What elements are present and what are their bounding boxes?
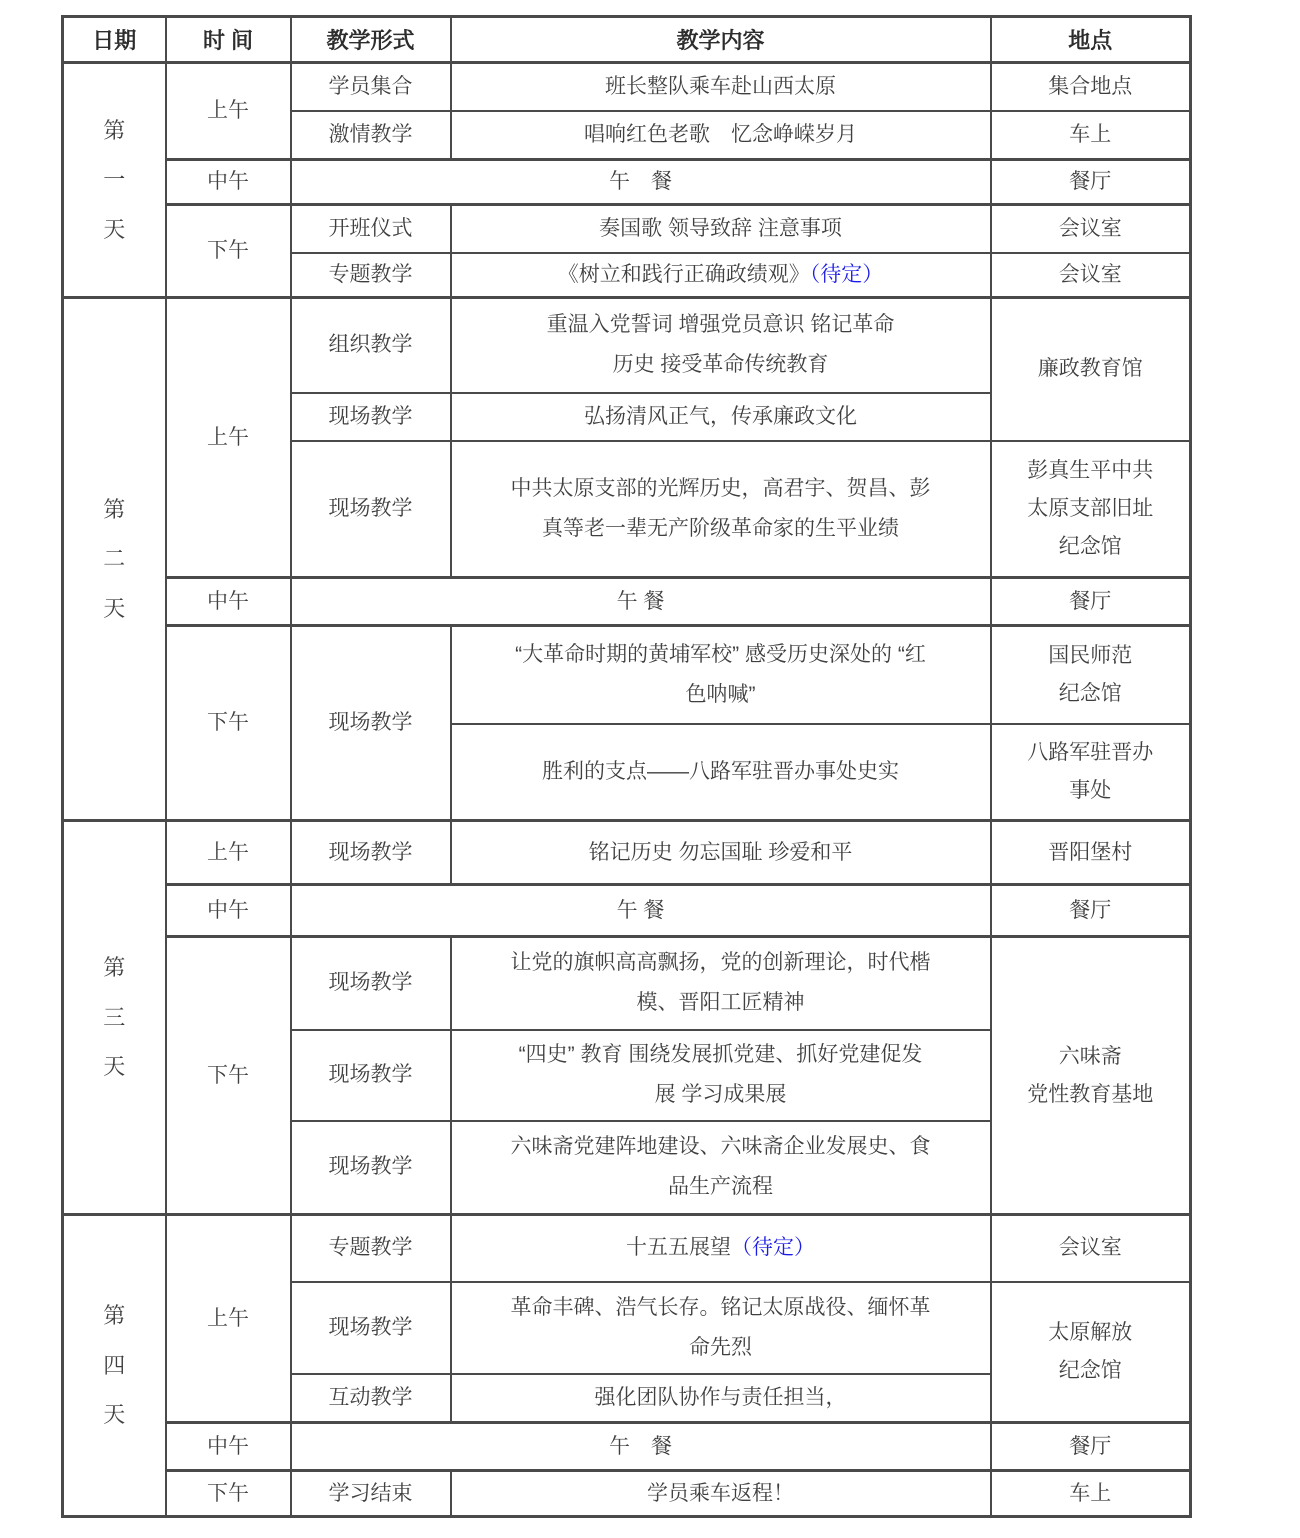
time-cell-pm: 下午 (166, 937, 291, 1215)
content-cell: “大革命时期的黄埔军校” 感受历史深处的 “红 色呐喊” (451, 626, 991, 724)
content-text: 《树立和践行正确政绩观》 (558, 263, 810, 286)
content-cell: 十五五展望（待定） (451, 1215, 991, 1282)
col-header-content: 教学内容 (451, 17, 991, 63)
col-header-location: 地点 (991, 17, 1191, 63)
location-cell: 国民师范 纪念馆 (991, 626, 1191, 724)
form-cell: 现场教学 (291, 393, 451, 441)
lunch-row: 中午 午 餐 餐厅 (63, 1423, 1191, 1471)
content-cell: 弘扬清风正气，传承廉政文化 (451, 393, 991, 441)
time-cell-am: 上午 (166, 821, 291, 885)
time-cell-pm: 下午 (166, 626, 291, 821)
lunch-cell: 午 餐 (291, 1423, 991, 1471)
time-cell-noon: 中午 (166, 578, 291, 626)
day-label-cell-day1: 第 一 天 (63, 63, 166, 298)
location-cell: 彭真生平中共 太原支部旧址 纪念馆 (991, 441, 1191, 578)
time-cell-pm: 下午 (166, 205, 291, 298)
form-cell: 现场教学 (291, 1282, 451, 1374)
location-cell: 餐厅 (991, 885, 1191, 937)
content-cell: 中共太原支部的光辉历史，高君宇、贺昌、彭 真等老一辈无产阶级革命家的生平业绩 (451, 441, 991, 578)
lunch-row: 中午 午 餐 餐厅 (63, 885, 1191, 937)
content-cell: “四史” 教育 围绕发展抓党建、抓好党建促发 展 学习成果展 (451, 1030, 991, 1121)
time-cell-am: 上午 (166, 1215, 291, 1423)
table-row: 第 四 天 上午 专题教学 十五五展望（待定） 会议室 (63, 1215, 1191, 1282)
table-row: 下午 现场教学 “大革命时期的黄埔军校” 感受历史深处的 “红 色呐喊” 国民师… (63, 626, 1191, 724)
time-cell-am: 上午 (166, 63, 291, 160)
content-cell: 《树立和践行正确政绩观》（待定） (451, 253, 991, 298)
location-cell: 八路军驻晋办 事处 (991, 724, 1191, 821)
content-cell: 六味斋党建阵地建设、六味斋企业发展史、食 品生产流程 (451, 1121, 991, 1215)
location-cell: 餐厅 (991, 160, 1191, 205)
table-row: 下午 现场教学 让党的旗帜高高飘扬，党的创新理论，时代楷 模、晋阳工匠精神 六味… (63, 937, 1191, 1030)
time-cell-noon: 中午 (166, 1423, 291, 1471)
location-cell: 六味斋 党性教育基地 (991, 937, 1191, 1215)
content-cell: 班长整队乘车赴山西太原 (451, 63, 991, 111)
time-cell-noon: 中午 (166, 885, 291, 937)
day-label-cell-day3: 第 三 天 (63, 821, 166, 1215)
form-cell: 专题教学 (291, 1215, 451, 1282)
form-cell: 现场教学 (291, 441, 451, 578)
content-text: 十五五展望 (626, 1236, 731, 1259)
day-label-cell-day4: 第 四 天 (63, 1215, 166, 1517)
form-cell: 现场教学 (291, 937, 451, 1030)
col-header-date: 日期 (63, 17, 166, 63)
schedule-table: 日期 时 间 教学形式 教学内容 地点 第 一 天 上午 学员集合 班长整队乘车… (61, 15, 1192, 1518)
col-header-time: 时 间 (166, 17, 291, 63)
location-cell: 会议室 (991, 205, 1191, 253)
content-cell: 胜利的支点——八路军驻晋办事处史实 (451, 724, 991, 821)
location-cell: 会议室 (991, 253, 1191, 298)
header-row: 日期 时 间 教学形式 教学内容 地点 (63, 17, 1191, 63)
location-cell: 集合地点 (991, 63, 1191, 111)
form-cell: 现场教学 (291, 1030, 451, 1121)
location-cell: 太原解放 纪念馆 (991, 1282, 1191, 1423)
table-row: 第 二 天 上午 组织教学 重温入党誓词 增强党员意识 铭记革命 历史 接受革命… (63, 298, 1191, 393)
day-label-cell-day2: 第 二 天 (63, 298, 166, 821)
time-cell-noon: 中午 (166, 160, 291, 205)
table-row: 第 三 天 上午 现场教学 铭记历史 勿忘国耻 珍爱和平 晋阳堡村 (63, 821, 1191, 885)
form-cell: 现场教学 (291, 1121, 451, 1215)
table-row: 下午 学习结束 学员乘车返程！ 车上 (63, 1471, 1191, 1517)
col-header-form: 教学形式 (291, 17, 451, 63)
lunch-row: 中午 午 餐 餐厅 (63, 160, 1191, 205)
content-cell: 强化团队协作与责任担当， (451, 1374, 991, 1423)
content-cell: 让党的旗帜高高飘扬，党的创新理论，时代楷 模、晋阳工匠精神 (451, 937, 991, 1030)
table-row: 第 一 天 上午 学员集合 班长整队乘车赴山西太原 集合地点 (63, 63, 1191, 111)
content-cell: 铭记历史 勿忘国耻 珍爱和平 (451, 821, 991, 885)
location-cell: 廉政教育馆 (991, 298, 1191, 441)
form-cell: 组织教学 (291, 298, 451, 393)
location-cell: 车上 (991, 1471, 1191, 1517)
lunch-cell: 午 餐 (291, 160, 991, 205)
time-cell-pm: 下午 (166, 1471, 291, 1517)
location-cell: 车上 (991, 111, 1191, 160)
content-cell: 奏国歌 领导致辞 注意事项 (451, 205, 991, 253)
content-cell: 学员乘车返程！ (451, 1471, 991, 1517)
location-cell: 餐厅 (991, 578, 1191, 626)
pending-note: （待定） (731, 1236, 815, 1259)
location-cell: 餐厅 (991, 1423, 1191, 1471)
pending-note: （待定） (810, 263, 884, 286)
lunch-cell: 午 餐 (291, 885, 991, 937)
location-cell: 晋阳堡村 (991, 821, 1191, 885)
lunch-cell: 午 餐 (291, 578, 991, 626)
form-cell: 激情教学 (291, 111, 451, 160)
lunch-row: 中午 午 餐 餐厅 (63, 578, 1191, 626)
form-cell: 互动教学 (291, 1374, 451, 1423)
content-cell: 革命丰碑、浩气长存。铭记太原战役、缅怀革 命先烈 (451, 1282, 991, 1374)
form-cell: 专题教学 (291, 253, 451, 298)
time-cell-am: 上午 (166, 298, 291, 578)
form-cell: 学习结束 (291, 1471, 451, 1517)
content-cell: 重温入党誓词 增强党员意识 铭记革命 历史 接受革命传统教育 (451, 298, 991, 393)
form-cell: 现场教学 (291, 626, 451, 821)
content-cell: 唱响红色老歌 忆念峥嵘岁月 (451, 111, 991, 160)
form-cell: 现场教学 (291, 821, 451, 885)
form-cell: 开班仪式 (291, 205, 451, 253)
schedule-sheet: 日期 时 间 教学形式 教学内容 地点 第 一 天 上午 学员集合 班长整队乘车… (61, 15, 1192, 1518)
form-cell: 学员集合 (291, 63, 451, 111)
location-cell: 会议室 (991, 1215, 1191, 1282)
table-row: 下午 开班仪式 奏国歌 领导致辞 注意事项 会议室 (63, 205, 1191, 253)
